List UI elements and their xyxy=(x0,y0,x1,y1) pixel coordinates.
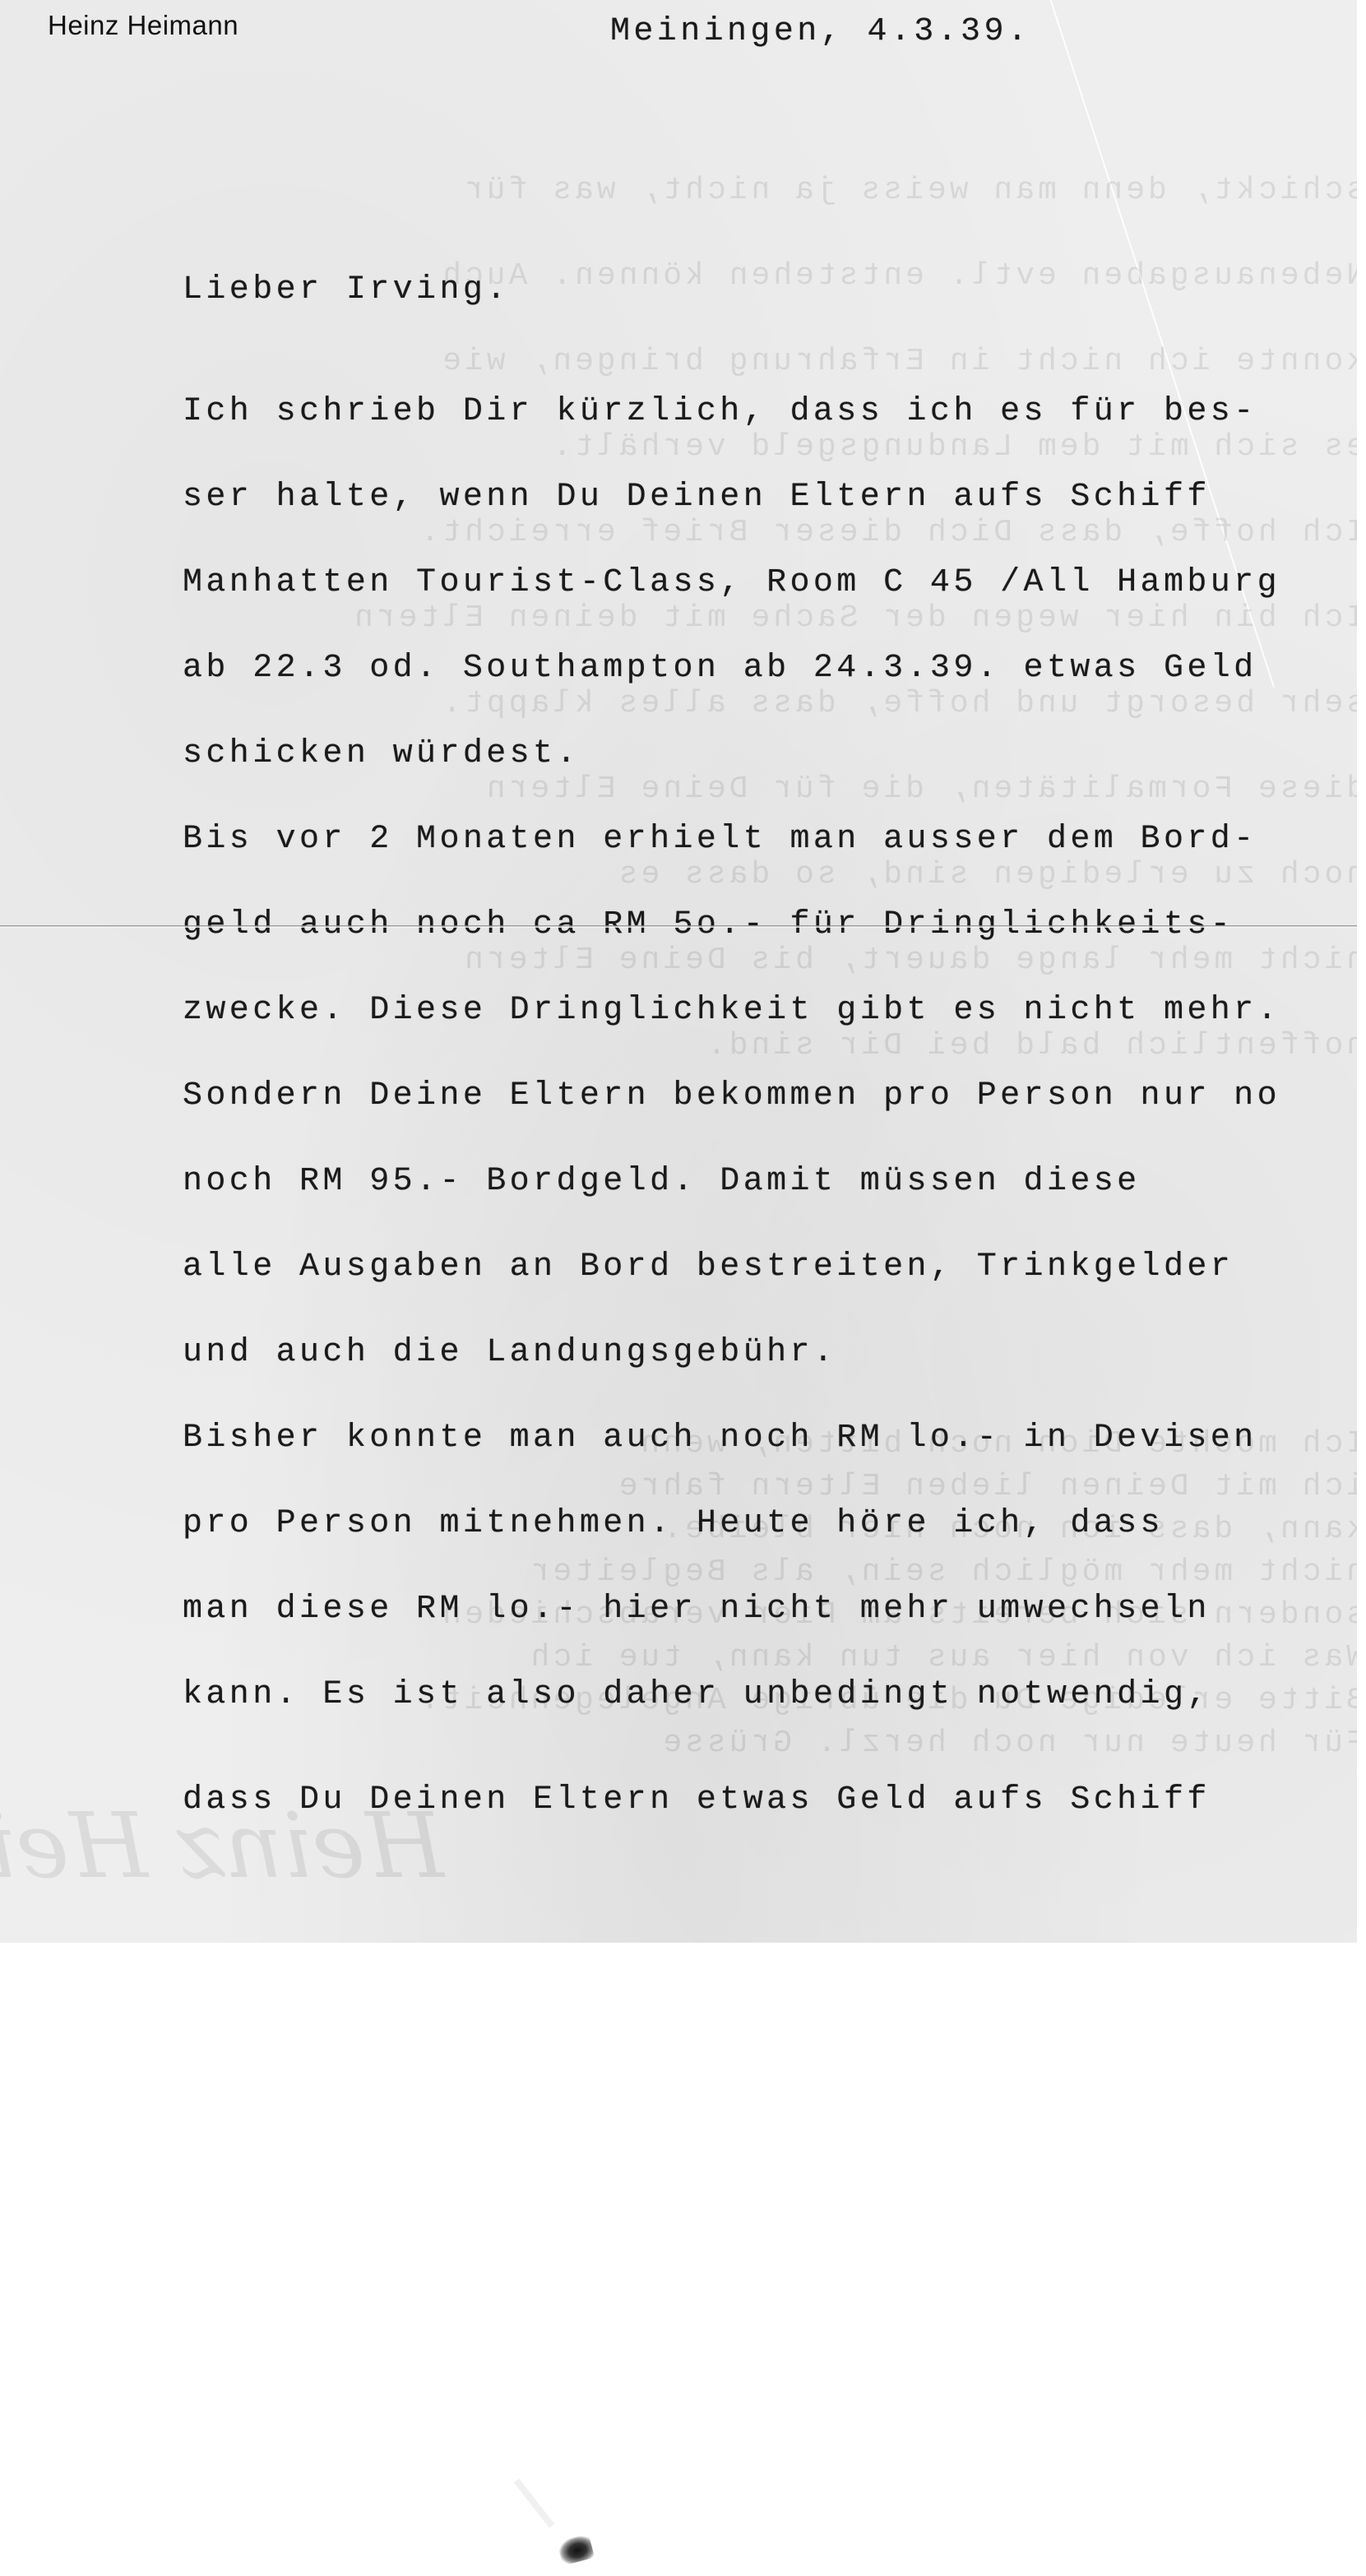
salutation: Lieber Irving. xyxy=(183,271,510,308)
body-line: noch RM 95.- Bordgeld. Damit müssen dies… xyxy=(183,1163,1141,1200)
ink-blot xyxy=(557,2533,595,2565)
body-line: und auch die Landungsgebühr. xyxy=(183,1334,836,1371)
letter-page: schickt, denn man weiss ja nicht, was fü… xyxy=(0,0,1357,1943)
bleed-through-line: nicht mehr lange dauert, bis Deine Elter… xyxy=(296,943,1357,978)
body-line: pro Person mitnehmen. Heute höre ich, da… xyxy=(183,1505,1164,1542)
body-line: kann. Es ist also daher unbedingt notwen… xyxy=(183,1676,1211,1713)
bleed-through-line: sehr besorgt und hoffe, dass alles klapp… xyxy=(296,686,1357,721)
bleed-through-line: Für heute nur noch herzl. Grüsse xyxy=(296,1726,1357,1761)
body-line: Bisher konnte man auch noch RM lo.- in D… xyxy=(183,1420,1257,1457)
bleed-through-line: Was ich von hier aus tun kann, tue ich xyxy=(296,1640,1357,1675)
bleed-through-line: ich mit Deinen lieben Eltern fahre xyxy=(296,1469,1357,1504)
body-line: Sondern Deine Eltern bekommen pro Person… xyxy=(183,1077,1280,1114)
body-line: man diese RM lo.- hier nicht mehr umwech… xyxy=(183,1591,1211,1628)
body-line: ser halte, wenn Du Deinen Eltern aufs Sc… xyxy=(183,479,1211,516)
ink-smear xyxy=(514,2479,554,2528)
bleed-through-line: es sich mit dem Landungsgeld verhält. xyxy=(296,429,1357,465)
body-line: dass Du Deinen Eltern etwas Geld aufs Sc… xyxy=(183,1781,1211,1818)
bleed-through-line: konnte ich nicht in Erfahrung bringen, w… xyxy=(296,344,1357,379)
body-line: Bis vor 2 Monaten erhielt man ausser dem… xyxy=(183,821,1257,858)
body-line: alle Ausgaben an Bord bestreiten, Trinkg… xyxy=(183,1249,1234,1286)
body-line: Ich schrieb Dir kürzlich, dass ich es fü… xyxy=(183,393,1257,430)
bleed-through-line: diese Formalitäten, die für Deine Eltern xyxy=(296,771,1357,807)
bleed-through-line: noch zu erledigen sind, so dass es xyxy=(296,857,1357,892)
bleed-through-line: Ich bin hier wegen der Sache mit deinen … xyxy=(296,600,1357,636)
paper-fold-horizontal xyxy=(0,925,1357,928)
place-date: Meiningen, 4.3.39. xyxy=(610,13,1030,50)
body-line: ab 22.3 od. Southampton ab 24.3.39. etwa… xyxy=(183,650,1257,687)
bleed-through-line: hoffentlich bald bei Dir sind. xyxy=(296,1028,1357,1063)
bleed-through-line: schickt, denn man weiss ja nicht, was fü… xyxy=(296,173,1357,208)
body-line: zwecke. Diese Dringlichkeit gibt es nich… xyxy=(183,992,1280,1029)
body-line: schicken würdest. xyxy=(183,735,580,772)
letterhead-name: Heinz Heimann xyxy=(48,10,238,41)
bleed-through-line: Ich hoffe, dass Dich dieser Brief erreic… xyxy=(296,515,1357,550)
body-line: Manhatten Tourist-Class, Room C 45 /All … xyxy=(183,564,1280,601)
bleed-through-line: nicht mehr möglich sein, als Begleiter xyxy=(296,1554,1357,1590)
